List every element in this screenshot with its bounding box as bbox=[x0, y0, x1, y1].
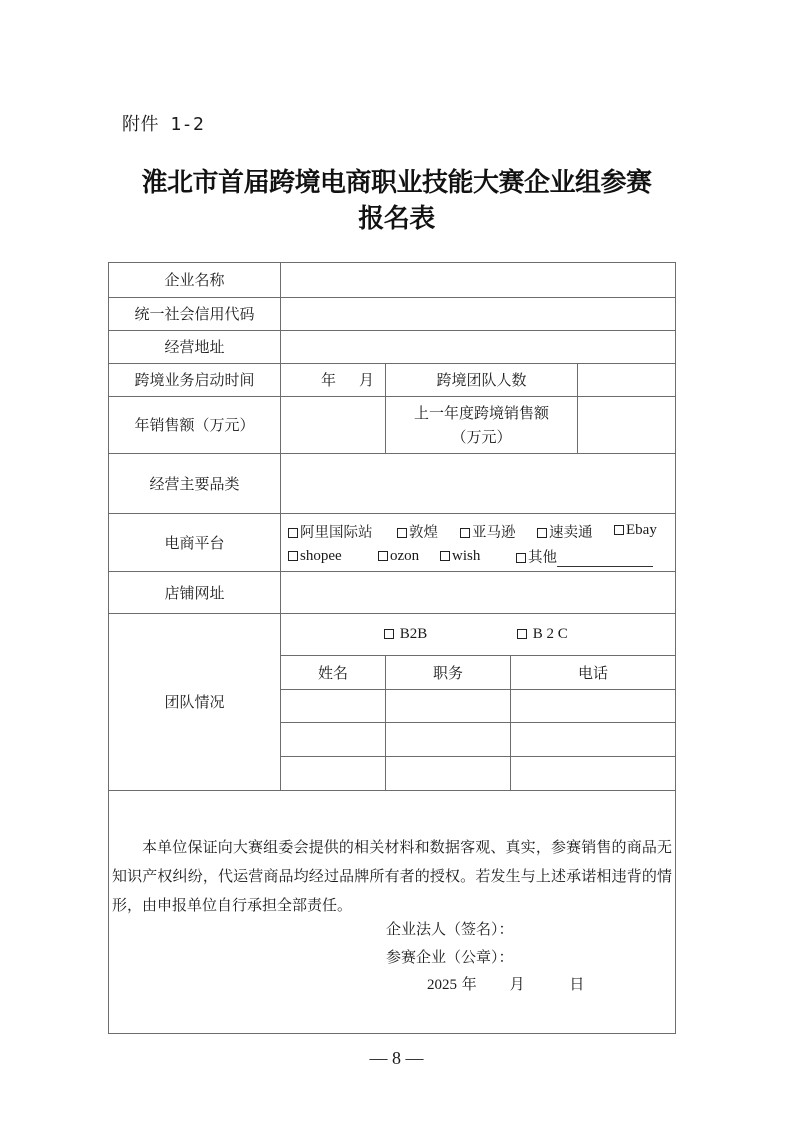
date-line: 2025 年 月 日 bbox=[427, 973, 584, 994]
checkbox-icon[interactable] bbox=[288, 551, 298, 561]
last-year-cross-sales-field[interactable] bbox=[578, 397, 675, 453]
team-row-1-name[interactable] bbox=[281, 690, 385, 722]
form-title: 淮北市首届跨境电商职业技能大赛企业组参赛 bbox=[0, 162, 793, 199]
platform-option-ozon[interactable]: ozon bbox=[378, 548, 419, 565]
checkbox-icon[interactable] bbox=[517, 629, 527, 639]
platform-option-shopee[interactable]: shopee bbox=[288, 548, 342, 565]
checkbox-icon[interactable] bbox=[516, 553, 526, 563]
label-team-size: 跨境团队人数 bbox=[386, 364, 577, 396]
label-main-categories: 经营主要品类 bbox=[109, 454, 280, 513]
platform-option-alibaba[interactable]: 阿里国际站 bbox=[288, 521, 373, 542]
label-annual-sales: 年销售额（万元） bbox=[109, 397, 280, 453]
label-team: 团队情况 bbox=[109, 614, 280, 790]
model-option-b2b[interactable]: B2B bbox=[384, 626, 427, 643]
team-col-phone: 电话 bbox=[511, 656, 675, 689]
team-row-2-position[interactable] bbox=[386, 723, 510, 756]
signature-legal-label: 企业法人（签名）： bbox=[386, 918, 514, 939]
checkbox-icon[interactable] bbox=[614, 525, 624, 535]
checkbox-icon[interactable] bbox=[288, 528, 298, 538]
checkbox-icon[interactable] bbox=[384, 629, 394, 639]
row-divider bbox=[108, 790, 676, 791]
shop-url-field[interactable] bbox=[281, 572, 675, 613]
other-platform-input[interactable] bbox=[557, 552, 653, 567]
label-start-time: 跨境业务启动时间 bbox=[109, 364, 280, 396]
team-row-2-name[interactable] bbox=[281, 723, 385, 756]
company-name-field[interactable] bbox=[281, 263, 675, 297]
checkbox-icon[interactable] bbox=[378, 551, 388, 561]
last-year-cross-sales-line2: （万元） bbox=[451, 425, 511, 449]
checkbox-icon[interactable] bbox=[537, 528, 547, 538]
platform-option-ebay[interactable]: Ebay bbox=[614, 522, 657, 539]
checkbox-icon[interactable] bbox=[397, 528, 407, 538]
platform-option-other[interactable]: 其他 bbox=[516, 546, 653, 567]
start-time-year-label: 年 bbox=[321, 368, 336, 392]
annual-sales-field[interactable] bbox=[281, 397, 385, 453]
platform-option-amazon[interactable]: 亚马逊 bbox=[460, 521, 516, 542]
model-option-b2c[interactable]: B 2 C bbox=[517, 626, 568, 643]
team-row-3-phone[interactable] bbox=[511, 757, 675, 790]
table-border bbox=[108, 1033, 676, 1034]
date-day-label: 日 bbox=[569, 975, 584, 993]
platform-option-wish[interactable]: wish bbox=[440, 548, 480, 565]
pledge-text: 本单位保证向大赛组委会提供的相关材料和数据客观、真实，参赛销售的商品无知识产权纠… bbox=[112, 833, 672, 920]
team-row-3-position[interactable] bbox=[386, 757, 510, 790]
team-col-position: 职务 bbox=[386, 656, 510, 689]
platform-option-dhgate[interactable]: 敦煌 bbox=[397, 521, 438, 542]
team-row-1-phone[interactable] bbox=[511, 690, 675, 722]
main-categories-field[interactable] bbox=[281, 454, 675, 513]
team-size-field[interactable] bbox=[578, 364, 675, 396]
team-row-1-position[interactable] bbox=[386, 690, 510, 722]
date-year: 2025 bbox=[427, 977, 457, 993]
team-row-3-name[interactable] bbox=[281, 757, 385, 790]
checkbox-icon[interactable] bbox=[460, 528, 470, 538]
date-month-label: 月 bbox=[510, 975, 525, 993]
date-year-label: 年 bbox=[462, 975, 477, 993]
attachment-label: 附件 1-2 bbox=[122, 110, 204, 136]
label-platform: 电商平台 bbox=[109, 514, 280, 571]
table-border bbox=[675, 262, 676, 1034]
last-year-cross-sales-line1: 上一年度跨境销售额 bbox=[414, 401, 549, 425]
platform-option-aliexpress[interactable]: 速卖通 bbox=[537, 521, 593, 542]
label-company-name: 企业名称 bbox=[109, 263, 280, 297]
label-shop-url: 店铺网址 bbox=[109, 572, 280, 613]
team-row-2-phone[interactable] bbox=[511, 723, 675, 756]
label-last-year-cross-sales: 上一年度跨境销售额 （万元） bbox=[386, 397, 577, 453]
checkbox-icon[interactable] bbox=[440, 551, 450, 561]
form-title-line2: 报名表 bbox=[0, 198, 793, 235]
label-address: 经营地址 bbox=[109, 331, 280, 363]
signature-company-label: 参赛企业（公章）： bbox=[386, 946, 514, 967]
start-time-field[interactable]: 年 月 bbox=[281, 364, 385, 396]
start-time-month-label: 月 bbox=[359, 368, 374, 392]
label-credit-code: 统一社会信用代码 bbox=[109, 298, 280, 330]
page-number: — 8 — bbox=[0, 1048, 793, 1069]
credit-code-field[interactable] bbox=[281, 298, 675, 330]
address-field[interactable] bbox=[281, 331, 675, 363]
team-col-name: 姓名 bbox=[281, 656, 385, 689]
